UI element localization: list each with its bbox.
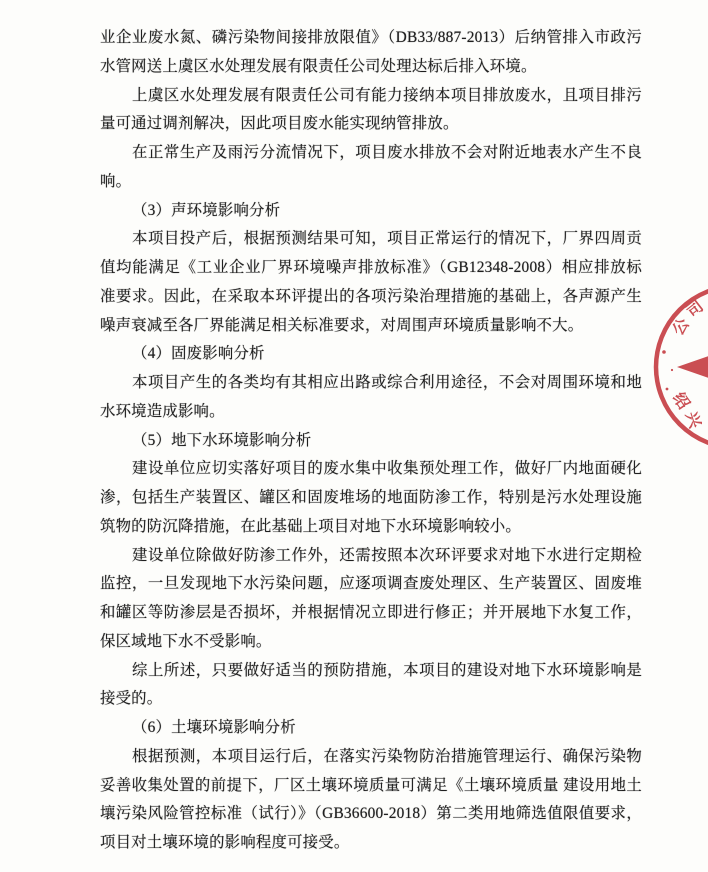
text-line: 量可通过调剂解决，因此项目废水能实现纳管排放。 [100, 110, 642, 139]
text-line: 项目对土壤环境的影响程度可接受。 [100, 829, 642, 858]
text-line: （6）土壤环境影响分析 [100, 714, 642, 743]
text-line: 接受的。 [100, 685, 642, 714]
text-line: 渗，包括生产装置区、罐区和固废堆场的地面防渗工作，特别是污水处理设施构 [100, 484, 642, 513]
text-line: 建设单位应切实落好项目的废水集中收集预处理工作，做好厂内地面硬化防 [100, 455, 642, 484]
company-seal-stamp: 公 司 绍 兴 [646, 278, 708, 463]
text-line: 本项目产生的各类均有其相应出路或综合利用途径，不会对周围环境和地下 [100, 369, 642, 398]
text-line: 噪声衰减至各厂界能满足相关标准要求，对周围声环境质量影响不大。 [100, 312, 642, 341]
text-line: 水环境造成影响。 [100, 398, 642, 427]
text-line: （4）固废影响分析 [100, 340, 642, 369]
text-line: 筑物的防沉降措施，在此基础上项目对地下水环境影响较小。 [100, 513, 642, 542]
document-page: 业企业废水氮、磷污染物间接排放限值》（DB33/887-2013）后纳管排入市政… [0, 0, 708, 872]
text-line: 准要求。因此，在采取本环评提出的各项污染治理措施的基础上，各声源产生的 [100, 283, 642, 312]
text-line: 综上所述，只要做好适当的预防措施，本项目的建设对地下水环境影响是可 [100, 657, 642, 686]
text-line: 妥善收集处置的前提下，厂区土壤环境质量可满足《土壤环境质量 建设用地土 [100, 772, 642, 801]
text-line: 建设单位除做好防渗工作外，还需按照本次环评要求对地下水进行定期检测 [100, 542, 642, 571]
text-line: 值均能满足《工业企业厂界环境噪声排放标准》（GB12348-2008）相应排放标 [100, 254, 642, 283]
text-line: 和罐区等防渗层是否损坏，并根据情况立即进行修正；并开展地下水复工作，确 [100, 599, 642, 628]
text-line: 壤污染风险管控标准（试行）》（GB36600-2018）第二类用地筛选值限值要求… [100, 800, 642, 829]
seal-ink-speck [662, 350, 666, 354]
seal-arc-char: 司 [683, 296, 707, 321]
text-line: 业企业废水氮、磷污染物间接排放限值》（DB33/887-2013）后纳管排入市政… [100, 24, 642, 53]
text-line: 监控，一旦发现地下水污染问题，应逐项调查废处理区、生产装置区、固废堆场 [100, 570, 642, 599]
text-line: 上虞区水处理发展有限责任公司有能力接纳本项目排放废水，且项目排污总 [100, 82, 642, 111]
text-line: 响。 [100, 168, 642, 197]
seal-arc-char: 绍 [669, 389, 694, 413]
text-line: （3）声环境影响分析 [100, 197, 642, 226]
text-line: （5）地下水环境影响分析 [100, 427, 642, 456]
text-line: 根据预测，本项目运行后，在落实污染物防治措施管理运行、确保污染物 [100, 743, 642, 772]
document-text: 业企业废水氮、磷污染物间接排放限值》（DB33/887-2013）后纳管排入市政… [100, 24, 642, 858]
text-line: 本项目投产后，根据预测结果可知，项目正常运行的情况下，厂界四周贡献 [100, 225, 642, 254]
text-line: 保区域地下水不受影响。 [100, 628, 642, 657]
seal-ink-speck [666, 388, 669, 391]
seal-ink-speck [671, 369, 673, 371]
text-line: 在正常生产及雨污分流情况下，项目废水排放不会对附近地表水产生不良影 [100, 139, 642, 168]
text-line: 水管网送上虞区水处理发展有限责任公司处理达标后排入环境。 [100, 53, 642, 82]
